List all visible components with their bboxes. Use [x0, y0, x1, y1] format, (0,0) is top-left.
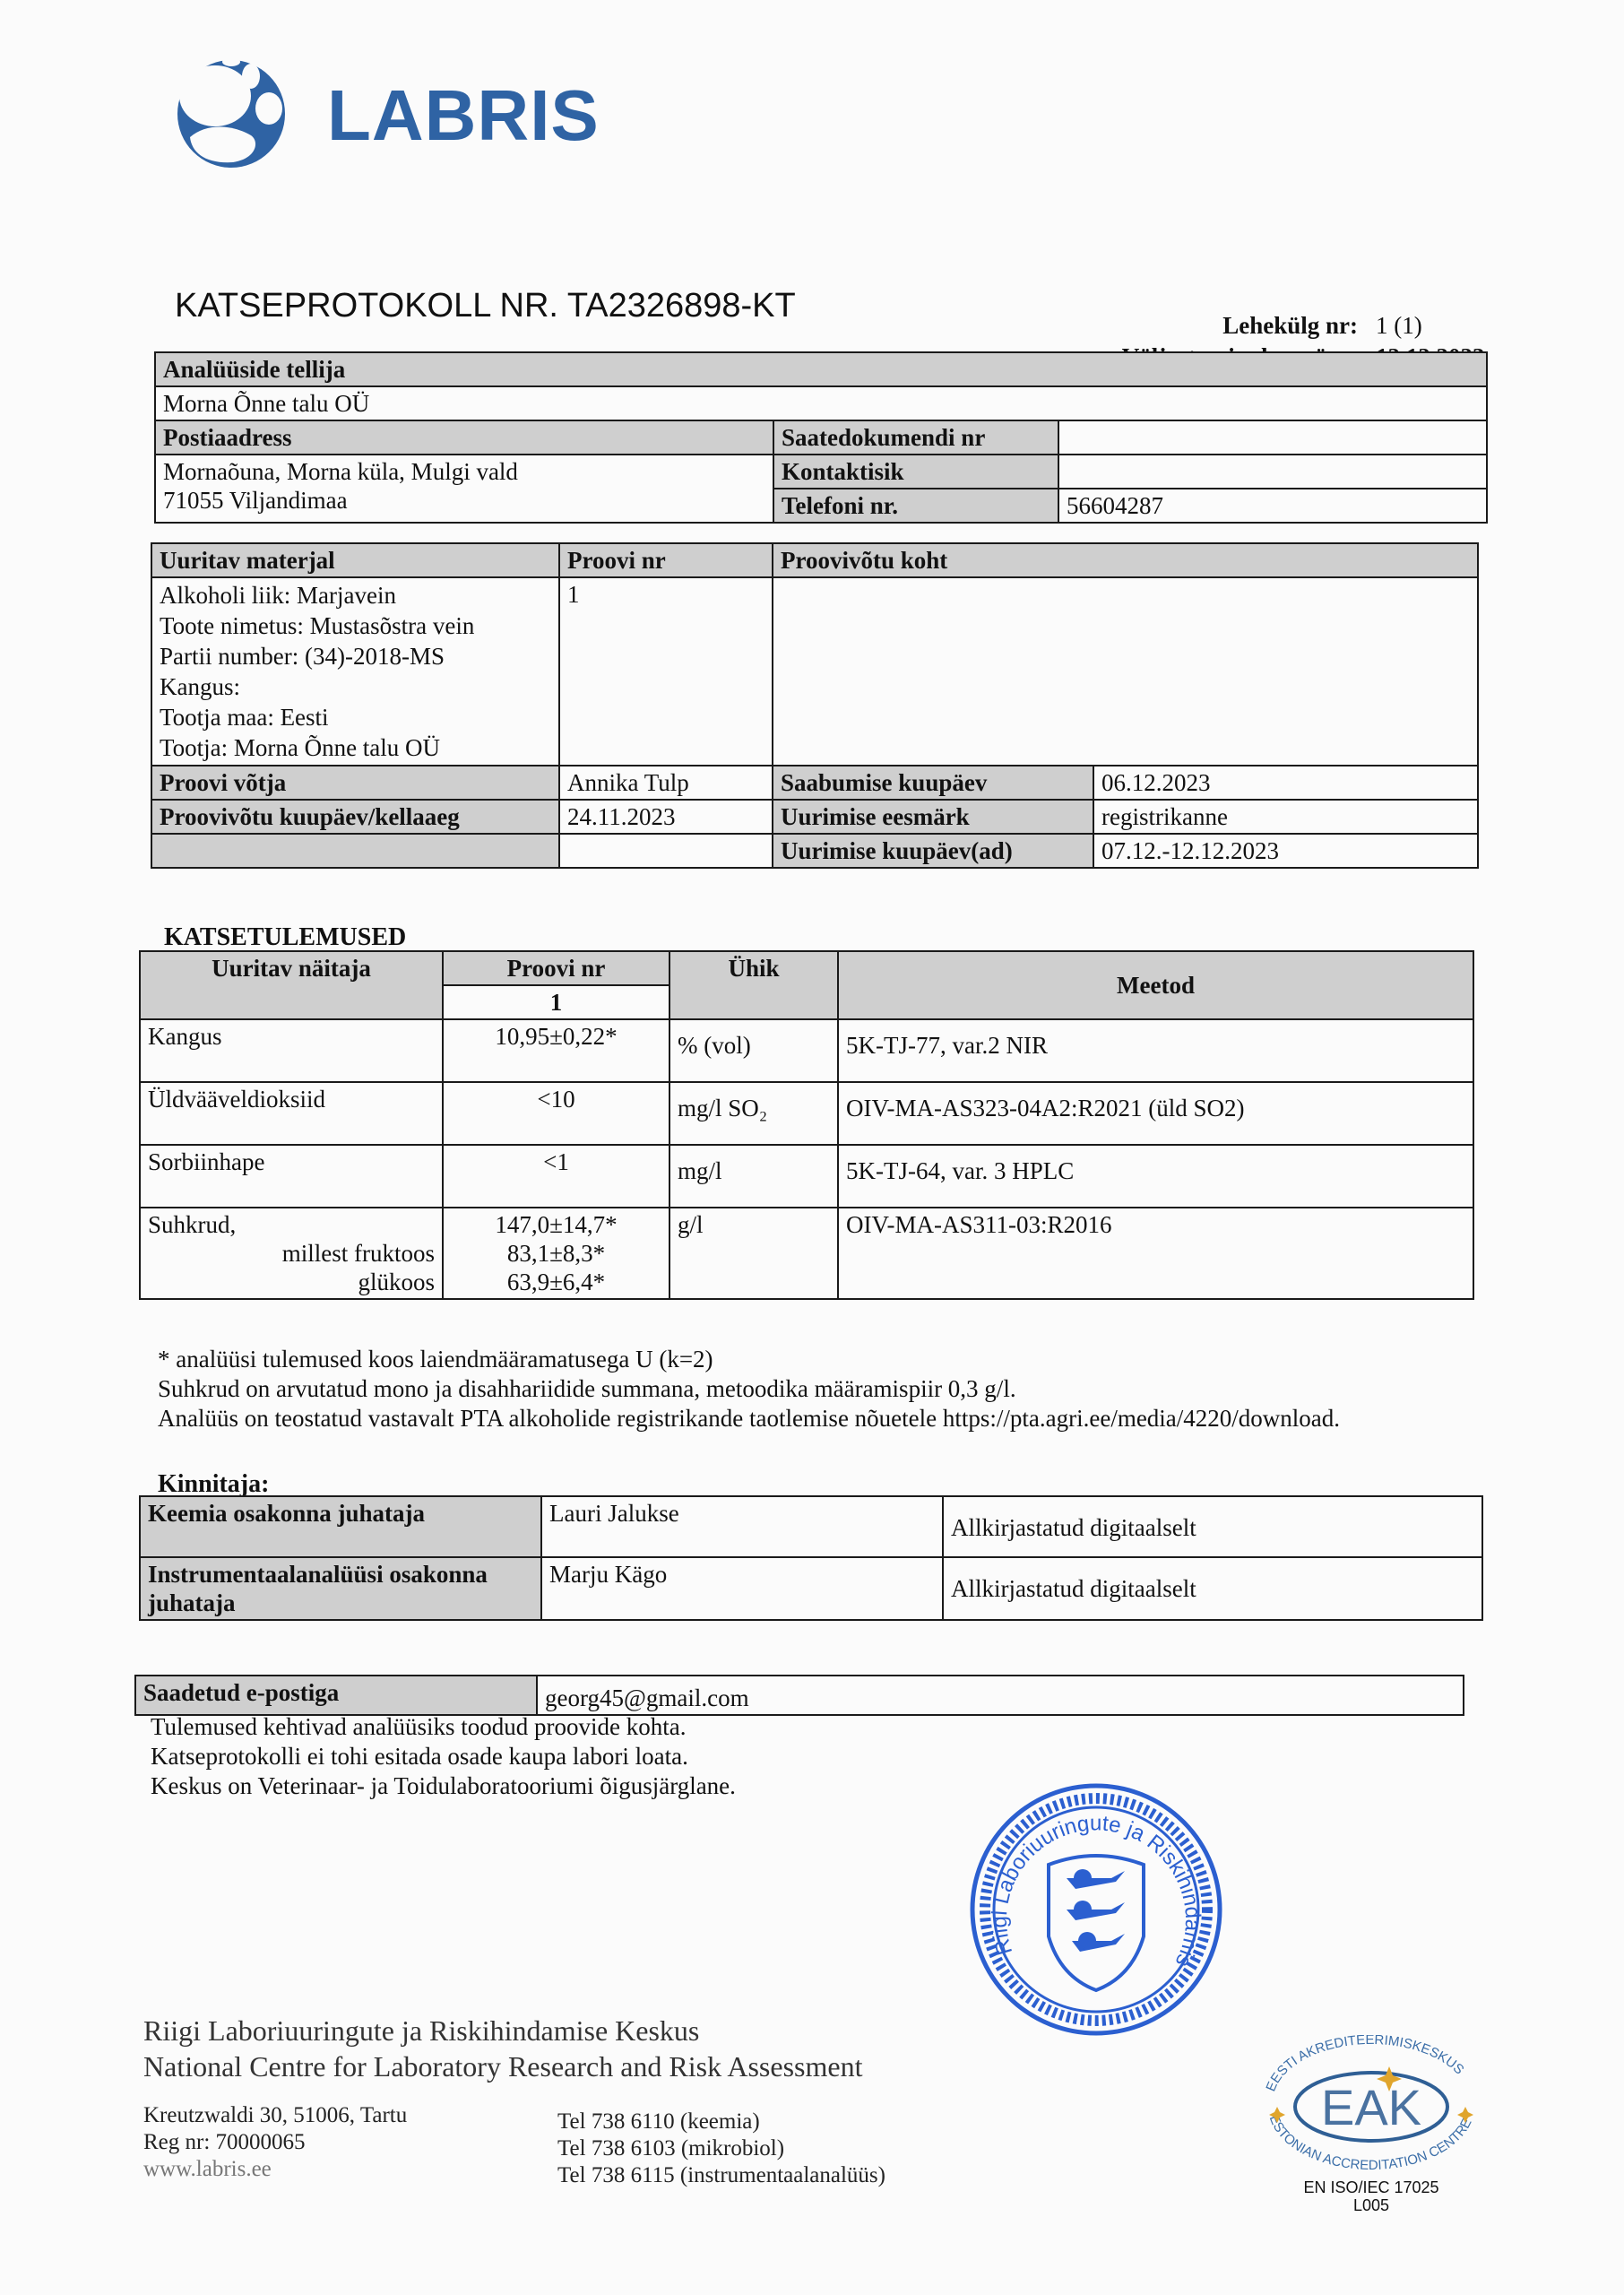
reg-number: Reg nr: 70000065	[143, 2129, 407, 2156]
material-line: Toote nimetus: Mustasõstra vein	[160, 611, 551, 641]
indicator: Suhkrud, millest fruktoos glükoos	[140, 1208, 443, 1299]
unit: g/l	[669, 1208, 838, 1299]
sampling-place-label: Proovivõtu koht	[773, 543, 1478, 577]
arrival-label: Saabumise kuupäev	[773, 766, 1093, 800]
arrival-value: 06.12.2023	[1093, 766, 1478, 800]
email-label: Saadetud e-postiga	[135, 1676, 537, 1715]
sampling-date-value: 24.11.2023	[559, 800, 773, 834]
address-value: Mornaõuna, Morna küla, Mulgi vald 71055 …	[155, 455, 773, 523]
material-line: Tootja: Morna Õnne talu OÜ	[160, 732, 551, 763]
material-label: Uuritav materjal	[151, 543, 559, 577]
address: Kreutzwaldi 30, 51006, Tartu	[143, 2102, 407, 2129]
material-line: Kangus:	[160, 671, 551, 702]
method: 5K-TJ-64, var. 3 HPLC	[838, 1145, 1473, 1208]
address-line-1: Mornaõuna, Morna küla, Mulgi vald	[163, 457, 765, 486]
accreditation-logo: EESTI AKREDITEERIMISKESKUS ESTONIAN ACCR…	[1250, 2035, 1492, 2223]
unit: mg/l	[669, 1145, 838, 1208]
table-row: Suhkrud, millest fruktoos glükoos 147,0±…	[140, 1208, 1473, 1299]
method: OIV-MA-AS311-03:R2016	[838, 1208, 1473, 1299]
indicator: Üldvääveldioksiid	[140, 1082, 443, 1145]
indicator-sub: glükoos	[148, 1268, 435, 1296]
doc-nr-label: Saatedokumendi nr	[773, 420, 1058, 455]
disclaimer-line: Keskus on Veterinaar- ja Toidulaboratoor…	[151, 1771, 736, 1801]
disclaimer-line: Tulemused kehtivad analüüsiks toodud pro…	[151, 1712, 736, 1742]
results-title: KATSETULEMUSED	[164, 923, 406, 952]
disclaimer-line: Katseprotokolli ei tohi esitada osade ka…	[151, 1742, 736, 1771]
client-table: Analüüside tellija Morna Õnne talu OÜ Po…	[154, 351, 1488, 524]
contact-value	[1058, 455, 1487, 489]
eak-text: EAK	[1321, 2079, 1421, 2135]
footer-phones: Tel 738 6110 (keemia) Tel 738 6103 (mikr…	[557, 2109, 885, 2189]
client-value: Morna Õnne talu OÜ	[155, 386, 1487, 420]
approver-name: Lauri Jalukse	[541, 1496, 943, 1557]
doc-nr-value	[1058, 420, 1487, 455]
footer-org: Riigi Laboriuuringute ja Riskihindamise …	[143, 2013, 862, 2084]
empty-label-cell	[151, 834, 559, 868]
contact-label: Kontaktisik	[773, 455, 1058, 489]
phone-line: Tel 738 6103 (mikrobiol)	[557, 2135, 885, 2162]
header-sample-1: 1	[443, 985, 669, 1019]
iso-standard: EN ISO/IEC 17025	[1250, 2178, 1492, 2196]
approver-role: Keemia osakonna juhataja	[140, 1496, 541, 1557]
brand-name: LABRIS	[327, 74, 600, 157]
org-name-et: Riigi Laboriuuringute ja Riskihindamise …	[143, 2013, 862, 2048]
sample-table: Uuritav materjal Proovi nr Proovivõtu ko…	[151, 542, 1479, 869]
email-table: Saadetud e-postiga georg45@gmail.com	[134, 1675, 1464, 1716]
approver-status: Allkirjastatud digitaalselt	[943, 1557, 1482, 1620]
indicator: Sorbiinhape	[140, 1145, 443, 1208]
org-name-en: National Centre for Laboratory Research …	[143, 2048, 862, 2084]
value: 147,0±14,7* 83,1±8,3* 63,9±6,4*	[443, 1208, 669, 1299]
empty-value-cell	[559, 834, 773, 868]
header-indicator: Uuritav näitaja	[140, 951, 443, 1019]
note-line: Suhkrud on arvutatud mono ja disahhariid…	[158, 1374, 1340, 1404]
value: <10	[443, 1082, 669, 1145]
disclaimers: Tulemused kehtivad analüüsiks toodud pro…	[151, 1712, 736, 1801]
official-stamp: Riigi Laboriuuringute ja Riskihindamise …	[966, 1780, 1226, 2040]
footer-address: Kreutzwaldi 30, 51006, Tartu Reg nr: 700…	[143, 2102, 407, 2183]
indicator-main: Suhkrud,	[148, 1210, 435, 1239]
value: <1	[443, 1145, 669, 1208]
notes: * analüüsi tulemused koos laiendmääramat…	[158, 1345, 1340, 1433]
results-table: Uuritav näitaja Proovi nr Ühik Meetod 1 …	[139, 950, 1474, 1300]
header-sample-nr: Proovi nr	[443, 951, 669, 985]
approver-status: Allkirjastatud digitaalselt	[943, 1496, 1482, 1557]
material-details: Alkoholi liik: Marjavein Toote nimetus: …	[151, 577, 559, 766]
value-sub: 63,9±6,4*	[451, 1268, 661, 1296]
stamp-seal-icon: Riigi Laboriuuringute ja Riskihindamise …	[966, 1780, 1226, 2040]
address-label: Postiaadress	[155, 420, 773, 455]
purpose-label: Uurimise eesmärk	[773, 800, 1093, 834]
labris-circles-icon	[170, 49, 296, 175]
phone-label: Telefoni nr.	[773, 489, 1058, 523]
approver-name: Marju Kägo	[541, 1557, 943, 1620]
header-method: Meetod	[838, 951, 1473, 1019]
sample-nr-label: Proovi nr	[559, 543, 773, 577]
page-number-value: 1 (1)	[1376, 312, 1422, 340]
accreditation-code: L005	[1250, 2196, 1492, 2214]
method: 5K-TJ-77, var.2 NIR	[838, 1019, 1473, 1082]
eak-accreditation-icon: EESTI AKREDITEERIMISKESKUS ESTONIAN ACCR…	[1250, 2035, 1492, 2169]
phone-value: 56604287	[1058, 489, 1487, 523]
phone-line: Tel 738 6110 (keemia)	[557, 2109, 885, 2135]
page-title: KATSEPROTOKOLL NR. TA2326898-KT	[175, 287, 796, 325]
unit: % (vol)	[669, 1019, 838, 1082]
unit: mg/l SO₂	[669, 1082, 838, 1145]
table-row: Üldvääveldioksiid <10 mg/l SO₂ OIV-MA-AS…	[140, 1082, 1473, 1145]
indicator-sub: millest fruktoos	[148, 1239, 435, 1268]
header-unit: Ühik	[669, 951, 838, 1019]
material-line: Partii number: (34)-2018-MS	[160, 641, 551, 671]
value-main: 147,0±14,7*	[451, 1210, 661, 1239]
sampling-place-value	[773, 577, 1478, 766]
material-line: Tootja maa: Eesti	[160, 702, 551, 732]
sample-nr-value: 1	[559, 577, 773, 766]
email-value: georg45@gmail.com	[537, 1676, 1464, 1715]
client-label: Analüüside tellija	[155, 352, 1487, 386]
method: OIV-MA-AS323-04A2:R2021 (üld SO2)	[838, 1082, 1473, 1145]
address-line-2: 71055 Viljandimaa	[163, 486, 765, 515]
approval-table: Keemia osakonna juhataja Lauri Jalukse A…	[139, 1495, 1483, 1621]
note-line: Analüüs on teostatud vastavalt PTA alkoh…	[158, 1404, 1340, 1433]
page-number-label: Lehekülg nr:	[1165, 312, 1358, 340]
sampler-value: Annika Tulp	[559, 766, 773, 800]
phone-line: Tel 738 6115 (instrumentaalanalüüs)	[557, 2162, 885, 2189]
table-row: Sorbiinhape <1 mg/l 5K-TJ-64, var. 3 HPL…	[140, 1145, 1473, 1208]
value: 10,95±0,22*	[443, 1019, 669, 1082]
value-sub: 83,1±8,3*	[451, 1239, 661, 1268]
material-line: Alkoholi liik: Marjavein	[160, 580, 551, 611]
labris-logo: LABRIS	[170, 49, 600, 166]
purpose-value: registrikanne	[1093, 800, 1478, 834]
indicator: Kangus	[140, 1019, 443, 1082]
research-dates-label: Uurimise kuupäev(ad)	[773, 834, 1093, 868]
website-link[interactable]: www.labris.ee	[143, 2156, 407, 2183]
research-dates-value: 07.12.-12.12.2023	[1093, 834, 1478, 868]
sampling-date-label: Proovivõtu kuupäev/kellaaeg	[151, 800, 559, 834]
approver-role: Instrumentaalanalüüsi osakonna juhataja	[140, 1557, 541, 1620]
table-row: Kangus 10,95±0,22* % (vol) 5K-TJ-77, var…	[140, 1019, 1473, 1082]
sampler-label: Proovi võtja	[151, 766, 559, 800]
note-line: * analüüsi tulemused koos laiendmääramat…	[158, 1345, 1340, 1374]
